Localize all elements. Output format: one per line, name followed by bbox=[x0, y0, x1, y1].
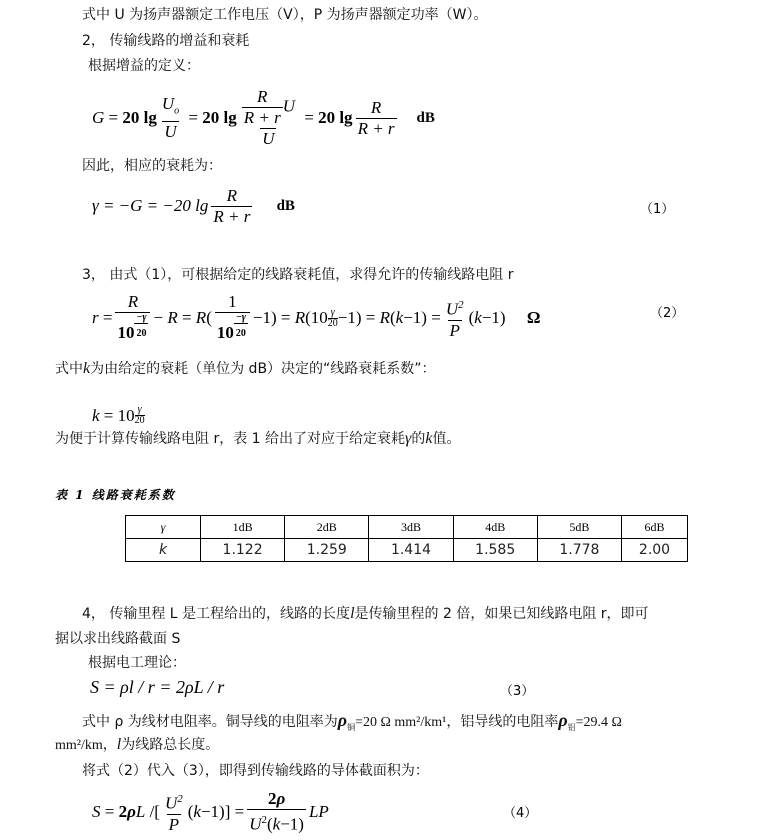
table-caption: 表 1 线路衰耗系数 bbox=[55, 486, 176, 503]
exponent: −γ20 bbox=[234, 313, 248, 344]
unit-db: dB bbox=[417, 110, 435, 127]
table-row-k: k 1.122 1.259 1.414 1.585 1.778 2.00 bbox=[126, 539, 688, 562]
text-gain-definition: 根据增益的定义： bbox=[88, 57, 200, 75]
eq-symbol: U bbox=[162, 94, 174, 113]
fraction-inner: RR + r bbox=[242, 87, 283, 128]
table-cell: 1.414 bbox=[369, 539, 453, 562]
eq-symbol: = bbox=[109, 108, 119, 128]
table-cell: 2.00 bbox=[622, 539, 688, 562]
subscript-aluminum: 铝 bbox=[568, 723, 576, 732]
fraction-2rho-over-u2k: 2ρ U2(k−1) bbox=[247, 789, 306, 835]
denominator: R + r bbox=[211, 206, 252, 227]
table-cell: 2dB bbox=[285, 516, 369, 539]
fraction-u2-over-p: U2 P bbox=[163, 789, 185, 835]
eq-symbol: 20 lg bbox=[202, 108, 236, 128]
fraction-r-over-power: R 10−γ20 bbox=[115, 292, 150, 344]
text-fragment: 为由给定的衰耗（单位为 dB）决定的“线路衰耗系数”： bbox=[90, 361, 435, 377]
equation-conductor-area: S = 2ρL /[ U2 P (k−1)] = 2ρ U2(k−1) LP bbox=[92, 786, 329, 838]
text-therefore: 因此，相应的衰耗为： bbox=[82, 157, 222, 175]
fraction-compound: RR + rU U bbox=[240, 87, 297, 149]
denominator: R + r bbox=[356, 118, 397, 139]
fraction-r-over-rr: R R + r bbox=[356, 98, 397, 139]
text-section4-line2: 据以求出线路截面 S bbox=[55, 630, 180, 648]
eq-symbol: = bbox=[188, 108, 198, 128]
equation-gain: G = 20 lg Uo U = 20 lg RR + rU U = 20 lg… bbox=[92, 82, 435, 154]
eq-symbol: R bbox=[167, 308, 177, 328]
text-fragment: 式中 bbox=[55, 361, 83, 377]
equation-number-4: （4） bbox=[503, 802, 537, 821]
text-substitute: 将式（2）代入（3），即得到传输线路的导体截面积为： bbox=[82, 762, 429, 780]
fraction-r-over-rr: R R + r bbox=[211, 186, 252, 227]
text-electrical-theory: 根据电工理论： bbox=[88, 654, 186, 672]
eq-symbol: 20 lg bbox=[122, 108, 156, 128]
section-heading-gain-attenuation: 2， 传输线路的增益和衰耗 bbox=[82, 32, 249, 50]
denominator: P bbox=[167, 814, 181, 835]
numerator: Uo bbox=[160, 94, 181, 121]
numerator: U2 bbox=[444, 295, 466, 320]
table-cell: 1.259 bbox=[285, 539, 369, 562]
denominator: P bbox=[448, 320, 462, 341]
equation-section-area: S = ρl / r = 2ρL / r bbox=[90, 677, 224, 698]
text-fragment: 4， 传输里程 L 是工程给出的，线路的长度 bbox=[82, 606, 350, 622]
symbol-rho: ρ bbox=[558, 710, 567, 730]
unit-db: dB bbox=[277, 198, 295, 215]
equation-number-1: （1） bbox=[640, 198, 674, 217]
table-cell: 1.585 bbox=[453, 539, 537, 562]
eq-symbol: G bbox=[92, 108, 104, 128]
exponent: −γ20 bbox=[134, 313, 148, 344]
equation-attenuation: γ = −G = −20 lg R R + r dB bbox=[92, 180, 295, 232]
text-fragment: 为便于计算传输线路电阻 r，表 1 给出了对应于给定衰耗 bbox=[55, 431, 405, 447]
eq-symbol: 20 lg bbox=[318, 108, 352, 128]
eq-symbol: R bbox=[295, 308, 305, 328]
denominator: R + r bbox=[242, 107, 283, 128]
numerator: R bbox=[126, 292, 140, 312]
table-cell: 5dB bbox=[537, 516, 621, 539]
text-fragment: 的 bbox=[411, 431, 425, 447]
numerator: U2 bbox=[163, 789, 185, 814]
unit-ohm: Ω bbox=[527, 308, 541, 328]
text-resistivity-units: mm²/km，l为线路总长度。 bbox=[55, 736, 219, 755]
row-header-gamma: γ bbox=[126, 516, 201, 539]
numerator: R bbox=[225, 186, 239, 206]
eq-lhs: γ = −G = −20 lg bbox=[92, 196, 208, 216]
eq-symbol: R bbox=[196, 308, 206, 328]
numerator: R bbox=[369, 98, 383, 118]
eq-symbol: k bbox=[92, 406, 100, 426]
equation-resistance: r = R 10−γ20 − R = R( 1 10−γ20 −1) = R(1… bbox=[92, 290, 540, 346]
table-cell: 1.778 bbox=[537, 539, 621, 562]
text-fragment: 值。 bbox=[432, 431, 460, 447]
exponent: γ20 bbox=[135, 405, 145, 426]
table-cell: 3dB bbox=[369, 516, 453, 539]
attenuation-coefficient-table: γ 1dB 2dB 3dB 4dB 5dB 6dB k 1.122 1.259 … bbox=[125, 515, 688, 562]
denominator: 10−γ20 bbox=[215, 312, 250, 344]
subscript-copper: 铜 bbox=[347, 723, 355, 732]
value-copper-resistivity: =20 Ω mm²/km¹，铝导线的电阻率 bbox=[355, 715, 558, 730]
numerator: 2ρ bbox=[266, 789, 287, 809]
table-cell: 1.122 bbox=[201, 539, 285, 562]
text-k-description: 式中k为由给定的衰耗（单位为 dB）决定的“线路衰耗系数”： bbox=[55, 360, 436, 378]
fraction-one-over-power: 1 10−γ20 bbox=[215, 292, 250, 344]
table-row-gamma: γ 1dB 2dB 3dB 4dB 5dB 6dB bbox=[126, 516, 688, 539]
text-line-voltage-power: 式中 U 为扬声器额定工作电压（V），P 为扬声器额定功率（W）。 bbox=[82, 6, 487, 24]
table-cell: 6dB bbox=[622, 516, 688, 539]
section-heading-resistance: 3， 由式（1），可根据给定的线路衰耗值，求得允许的传输线路电阻 r bbox=[82, 266, 513, 284]
exponent: γ20 bbox=[328, 308, 338, 329]
fraction-u2-over-p: U2 P bbox=[444, 295, 466, 341]
eq-symbol: r bbox=[92, 308, 99, 328]
section-heading-cross-section: 4， 传输里程 L 是工程给出的，线路的长度l是传输里程的 2 倍，如果已知线路… bbox=[82, 605, 649, 623]
denominator: 10−γ20 bbox=[115, 312, 150, 344]
fraction-uo-over-u: Uo U bbox=[160, 94, 181, 142]
eq-symbol: = bbox=[304, 108, 314, 128]
table-cell: 4dB bbox=[453, 516, 537, 539]
text-table-intro: 为便于计算传输线路电阻 r，表 1 给出了对应于给定衰耗γ的k值。 bbox=[55, 430, 460, 448]
text-fragment: 式中 ρ 为线材电阻率。铜导线的电阻率为 bbox=[82, 714, 338, 730]
equation-number-2: （2） bbox=[650, 302, 684, 321]
text-fragment: mm²/km， bbox=[55, 738, 117, 753]
denominator: U bbox=[162, 121, 178, 142]
numerator: RR + rU bbox=[240, 87, 297, 128]
equation-number-3: （3） bbox=[500, 680, 534, 699]
text-fragment: 为线路总长度。 bbox=[121, 737, 219, 753]
eq-symbol: = 10 bbox=[104, 406, 135, 426]
text-resistivity-description: 式中 ρ 为线材电阻率。铜导线的电阻率为ρ铜=20 Ω mm²/km¹，铝导线的… bbox=[82, 711, 622, 737]
symbol-rho: ρ bbox=[338, 710, 347, 730]
eq-symbol: U bbox=[283, 96, 295, 115]
table-cell: 1dB bbox=[201, 516, 285, 539]
denominator: U2(k−1) bbox=[247, 809, 306, 835]
text-fragment: 是传输里程的 2 倍，如果已知线路电阻 r，即可 bbox=[355, 606, 649, 622]
equation-k-definition: k = 10γ20 bbox=[92, 390, 145, 426]
eq-symbol: o bbox=[174, 105, 179, 116]
denominator: U bbox=[260, 128, 276, 149]
value-aluminum-resistivity: =29.4 Ω bbox=[576, 715, 622, 730]
numerator: 1 bbox=[226, 292, 239, 312]
numerator: R bbox=[255, 87, 269, 107]
row-header-k: k bbox=[126, 539, 201, 562]
